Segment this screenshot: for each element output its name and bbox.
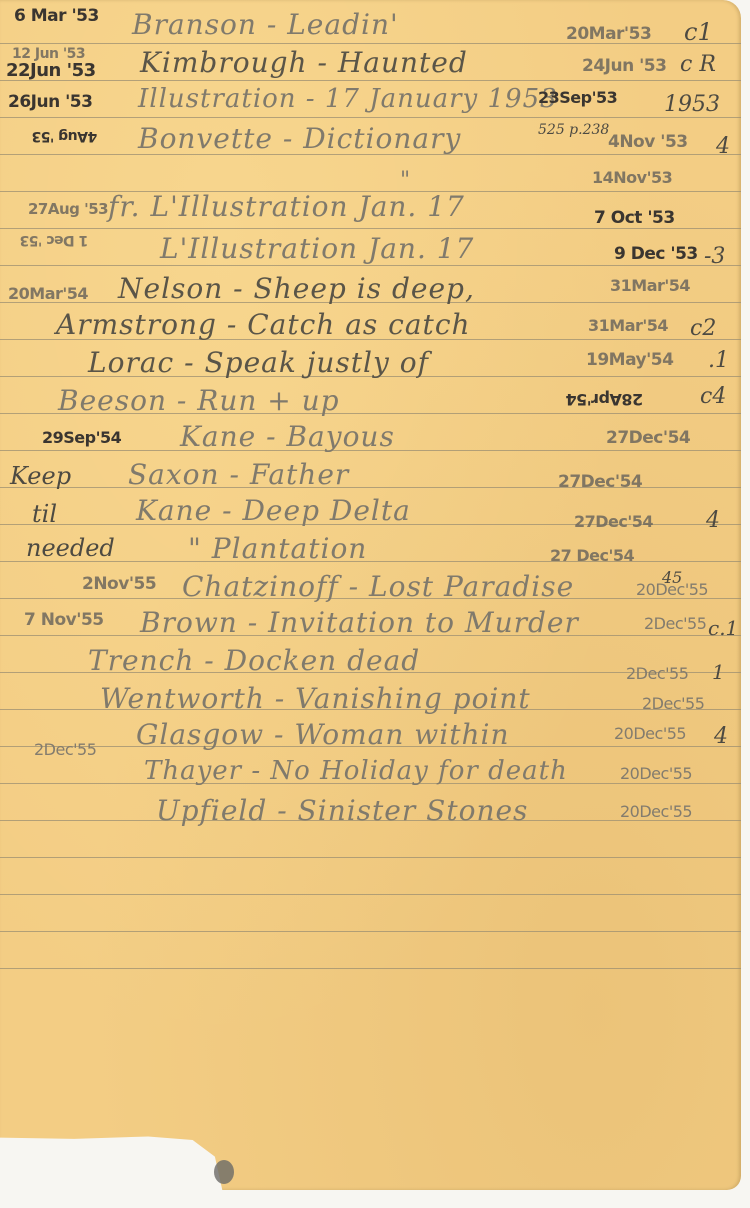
date-stamp: 20Mar'54 [8, 284, 88, 303]
margin-note: c1 [684, 18, 713, 46]
book-entry: Bonvette - Dictionary [138, 122, 461, 155]
date-stamp: 20Dec'55 [620, 802, 692, 821]
book-entry: Armstrong - Catch as catch [56, 308, 471, 341]
margin-note: Keep [10, 462, 71, 490]
date-stamp: 22Jun '53 [6, 60, 96, 81]
date-stamp: 31Mar'54 [588, 316, 668, 335]
date-stamp: 27Dec'54 [606, 428, 690, 448]
book-entry: Nelson - Sheep is deep, [118, 272, 475, 305]
book-entry: Glasgow - Woman within [136, 718, 510, 751]
book-entry: L'Illustration Jan. 17 [160, 232, 474, 265]
date-stamp: 1 Dec '53 [20, 232, 88, 248]
ruled-line [0, 931, 741, 932]
book-entry: Trench - Docken dead [88, 644, 420, 677]
ruled-line [0, 968, 741, 969]
book-entry: Saxon - Father [128, 458, 349, 491]
date-stamp: 27 Dec'54 [550, 546, 634, 565]
date-stamp: 20Dec'55 [614, 724, 686, 743]
ruled-line [0, 228, 741, 229]
margin-note: 4 [716, 134, 730, 159]
margin-note: needed [26, 534, 115, 562]
ink-stain [214, 1160, 234, 1184]
date-stamp: 14Nov'53 [592, 168, 672, 187]
date-stamp: 27Dec'54 [558, 472, 642, 492]
book-entry: fr. L'Illustration Jan. 17 [108, 190, 465, 223]
date-stamp: 19May'54 [586, 350, 673, 370]
book-entry: " Plantation [188, 532, 367, 565]
date-stamp: 29Sep'54 [42, 428, 121, 447]
date-stamp: 9 Dec '53 [614, 244, 698, 264]
date-stamp: 2Dec'55 [34, 740, 96, 759]
date-stamp: 28Apr'54 [566, 390, 643, 409]
book-entry: Wentworth - Vanishing point [100, 682, 531, 715]
book-entry: Brown - Invitation to Murder [140, 606, 579, 639]
date-stamp: 7 Oct '53 [594, 208, 675, 228]
date-stamp: 7 Nov'55 [24, 610, 104, 630]
date-stamp: 20Dec'55 [620, 764, 692, 783]
margin-note: c4 [700, 384, 726, 409]
date-stamp: 27Dec'54 [574, 512, 653, 531]
date-stamp: 2Dec'55 [626, 664, 688, 683]
ruled-line [0, 80, 741, 81]
margin-note: .1 [708, 348, 729, 373]
margin-note: 4 [714, 724, 728, 749]
margin-note: c.1 [708, 616, 738, 640]
date-stamp: 2Dec'55 [642, 694, 704, 713]
ruled-line [0, 857, 741, 858]
date-stamp: 2Nov'55 [82, 574, 156, 594]
date-stamp: 31Mar'54 [610, 276, 690, 295]
book-entry: Chatzinoff - Lost Paradise [182, 570, 574, 603]
ruled-line [0, 117, 741, 118]
margin-note: 45 [662, 568, 682, 587]
book-entry: Kane - Bayous [180, 420, 395, 453]
book-entry: Thayer - No Holiday for death [144, 756, 568, 786]
ruled-line [0, 265, 741, 266]
book-entry: Branson - Leadin' [132, 8, 399, 41]
book-entry: Beeson - Run + up [58, 384, 340, 417]
margin-note: c R [680, 52, 716, 77]
ruled-line [0, 894, 741, 895]
book-entry: Lorac - Speak justly of [88, 346, 429, 379]
margin-note: -3 [704, 244, 725, 269]
margin-note: 525 p.238 [538, 122, 609, 138]
book-entry: Illustration - 17 January 1953 [138, 84, 558, 114]
date-stamp: 2Dec'55 [644, 614, 706, 633]
date-stamp: 4Nov '53 [608, 132, 688, 152]
date-stamp: 20Mar'53 [566, 24, 651, 44]
margin-note: 1953 [664, 92, 720, 117]
date-stamp: 23Sep'53 [538, 88, 617, 107]
date-stamp: 4Aug '53 [32, 128, 97, 144]
margin-note: til [32, 500, 57, 528]
date-stamp: 27Aug '53 [28, 200, 108, 218]
book-entry: Upfield - Sinister Stones [156, 794, 528, 827]
index-card: 6 Mar '5312 Jun '5322Jun '5326Jun '534Au… [0, 0, 741, 1190]
date-stamp: 24Jun '53 [582, 56, 666, 76]
date-stamp: 6 Mar '53 [14, 6, 99, 26]
book-entry: Kane - Deep Delta [136, 494, 411, 527]
date-stamp: 26Jun '53 [8, 92, 92, 112]
margin-note: 4 [706, 508, 720, 533]
margin-note: c2 [690, 316, 716, 341]
book-entry: Kimbrough - Haunted [140, 46, 468, 79]
margin-note: 1 [712, 660, 725, 684]
